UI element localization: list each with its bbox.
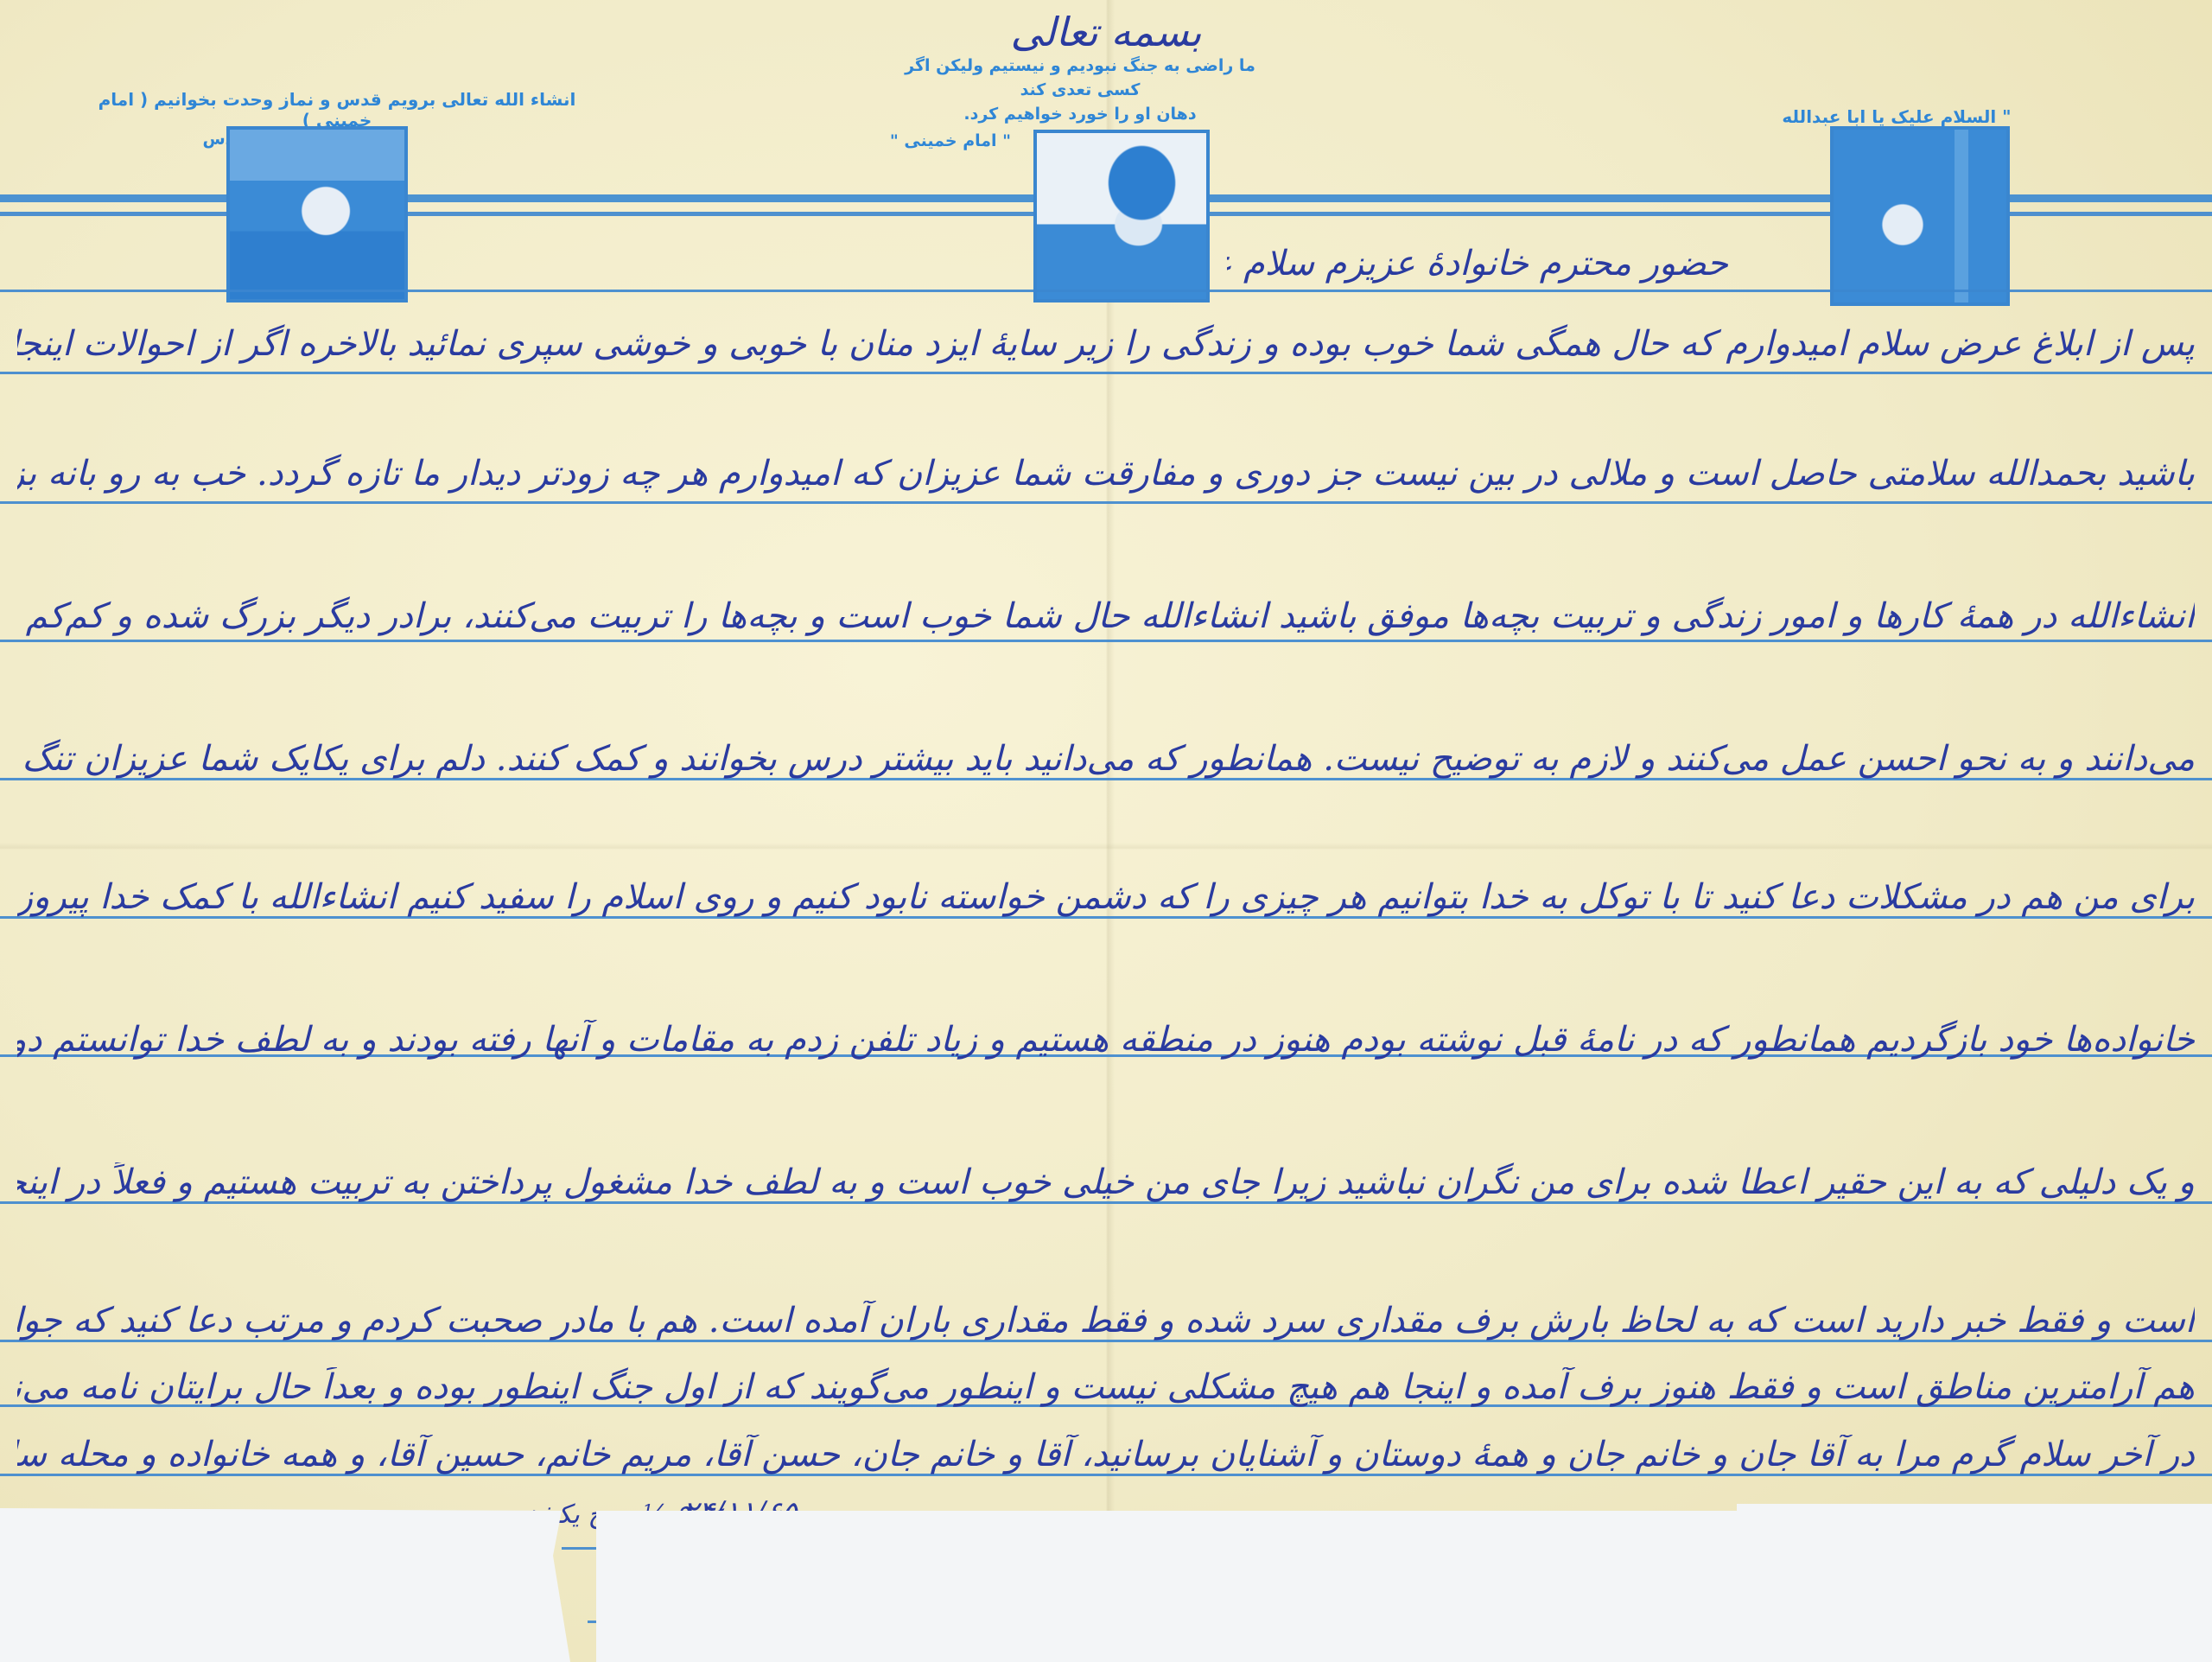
letter-line: در آخر سلام گرم مرا به آقا جان و خانم جا… xyxy=(17,1435,2195,1474)
signature-flourish xyxy=(602,1537,804,1615)
ruled-line xyxy=(0,290,2212,292)
ruled-line xyxy=(0,640,2212,642)
left-quote: انشاء الله تعالی برویم قدس و نماز وحدت ب… xyxy=(95,89,579,131)
ruled-line xyxy=(0,501,2212,504)
letter-line: و یک دلیلی که به این حقیر اعطا شده برای … xyxy=(17,1162,2195,1202)
closing-line1: خاله و خاله و همه فامیل سلام برسانید خدا… xyxy=(518,1508,1192,1538)
letter-line: انشاءالله در همهٔ کارها و امور زندگی و ت… xyxy=(17,596,2195,636)
signature-title: دوستدار شما xyxy=(933,1569,1045,1593)
center-attribution: " امام خمینی " xyxy=(881,131,1020,150)
letter-line: هم آرامترین مناطق است و فقط هنوز برف آمد… xyxy=(17,1367,2195,1407)
salutation: حضور محترم خانوادهٔ عزیزم سلام عرض می‌کن… xyxy=(1227,244,1728,283)
signature-name: الحسینی xyxy=(847,1608,939,1638)
center-quote-line1: ما راضی به جنگ نبودیم و نیستیم ولیکن اگر… xyxy=(899,54,1262,102)
ruled-line xyxy=(562,1547,1737,1550)
dome-of-the-rock-icon xyxy=(226,126,408,302)
letter-line: می‌دانند و به نحو احسن عمل می‌کنند و لاز… xyxy=(17,739,2195,779)
shrine-icon xyxy=(1830,126,2010,306)
portrait-icon xyxy=(1033,130,1210,302)
ruled-line xyxy=(588,1621,1737,1623)
letter-paper: بسمه تعالی ما راضی به جنگ نبودیم و نیستی… xyxy=(0,0,2212,1662)
center-quote-line2: دهان او را خورد خواهیم کرد. xyxy=(899,102,1262,126)
letter-date: ۲۴/۱۱/۶۵ xyxy=(683,1495,797,1530)
letter-line: است و فقط خبر دارید است که به لحاظ بارش … xyxy=(17,1301,2195,1340)
letter-time-note: ۹ ½ صبح یکشنبه xyxy=(505,1500,690,1530)
letter-line: برای من هم در مشکلات دعا کنید تا با توکل… xyxy=(17,877,2195,917)
letter-line: پس از ابلاغ عرض سلام امیدوارم که حال همگ… xyxy=(17,324,2195,364)
invocation-handwritten: بسمه تعالی xyxy=(994,9,1218,55)
signature-loop xyxy=(691,1556,741,1649)
letter-line: خانواده‌ها خود بازگردیم همانطور که در نا… xyxy=(17,1020,2195,1060)
ruled-line xyxy=(0,372,2212,374)
center-quote: ما راضی به جنگ نبودیم و نیستیم ولیکن اگر… xyxy=(899,54,1262,126)
letter-line: باشید بحمدالله سلامتی حاصل است و ملالی د… xyxy=(17,454,2195,494)
closing-line2: نماز در وقت و یاد خدا فراموش نکنید و صلو… xyxy=(778,1582,1262,1612)
